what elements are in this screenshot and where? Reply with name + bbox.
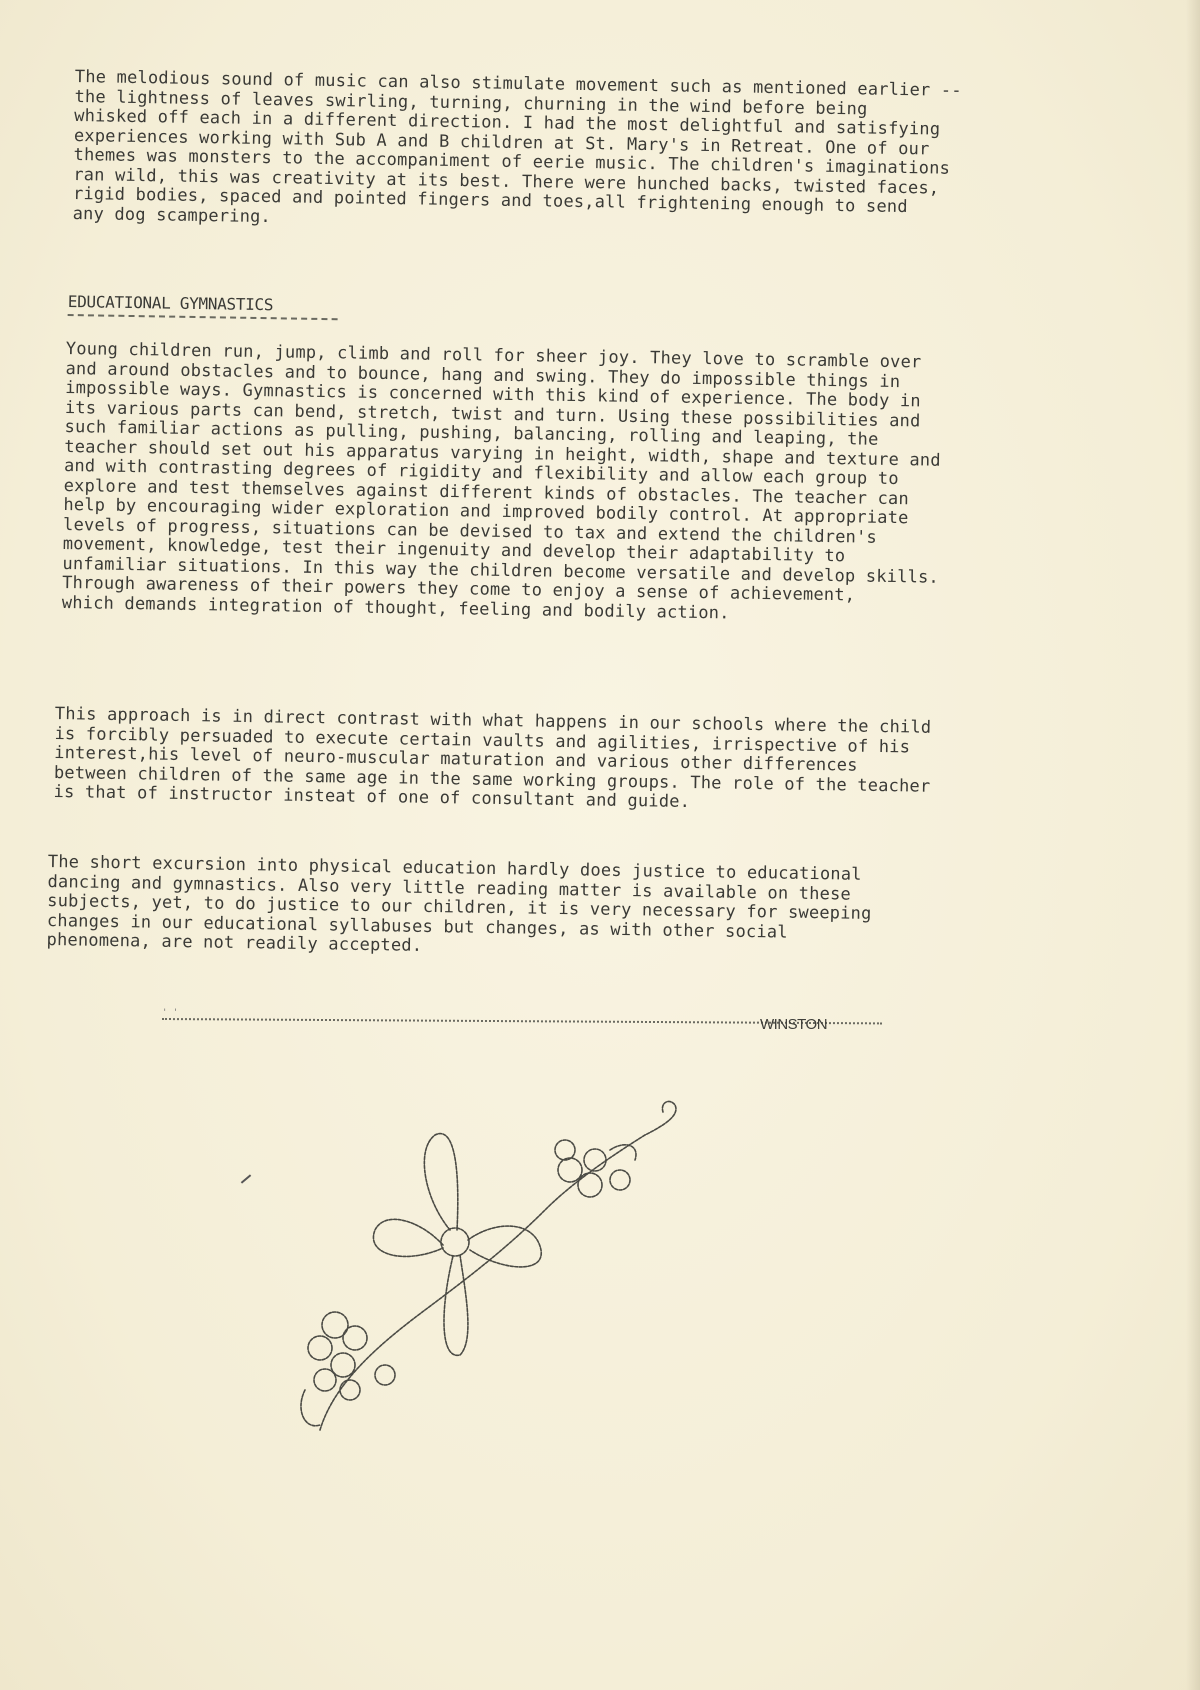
paragraph-music-movement: The melodious sound of music can also st… [73,68,1135,241]
flower-sprig-illustration [225,1090,705,1450]
paragraph-gymnastics: Young children run, jump, climb and roll… [62,340,1126,630]
paragraph-conclusion: The short excursion into physical educat… [46,853,1107,967]
signature-ticks: ' ' [162,1008,178,1018]
page-edge-shadow [1186,0,1200,1690]
section-heading-text: EDUCATIONAL GYMNASTICS [68,292,274,314]
author-signature: WINSTON [760,1016,827,1033]
paragraph-contrast: This approach is in direct contrast with… [53,705,1114,819]
